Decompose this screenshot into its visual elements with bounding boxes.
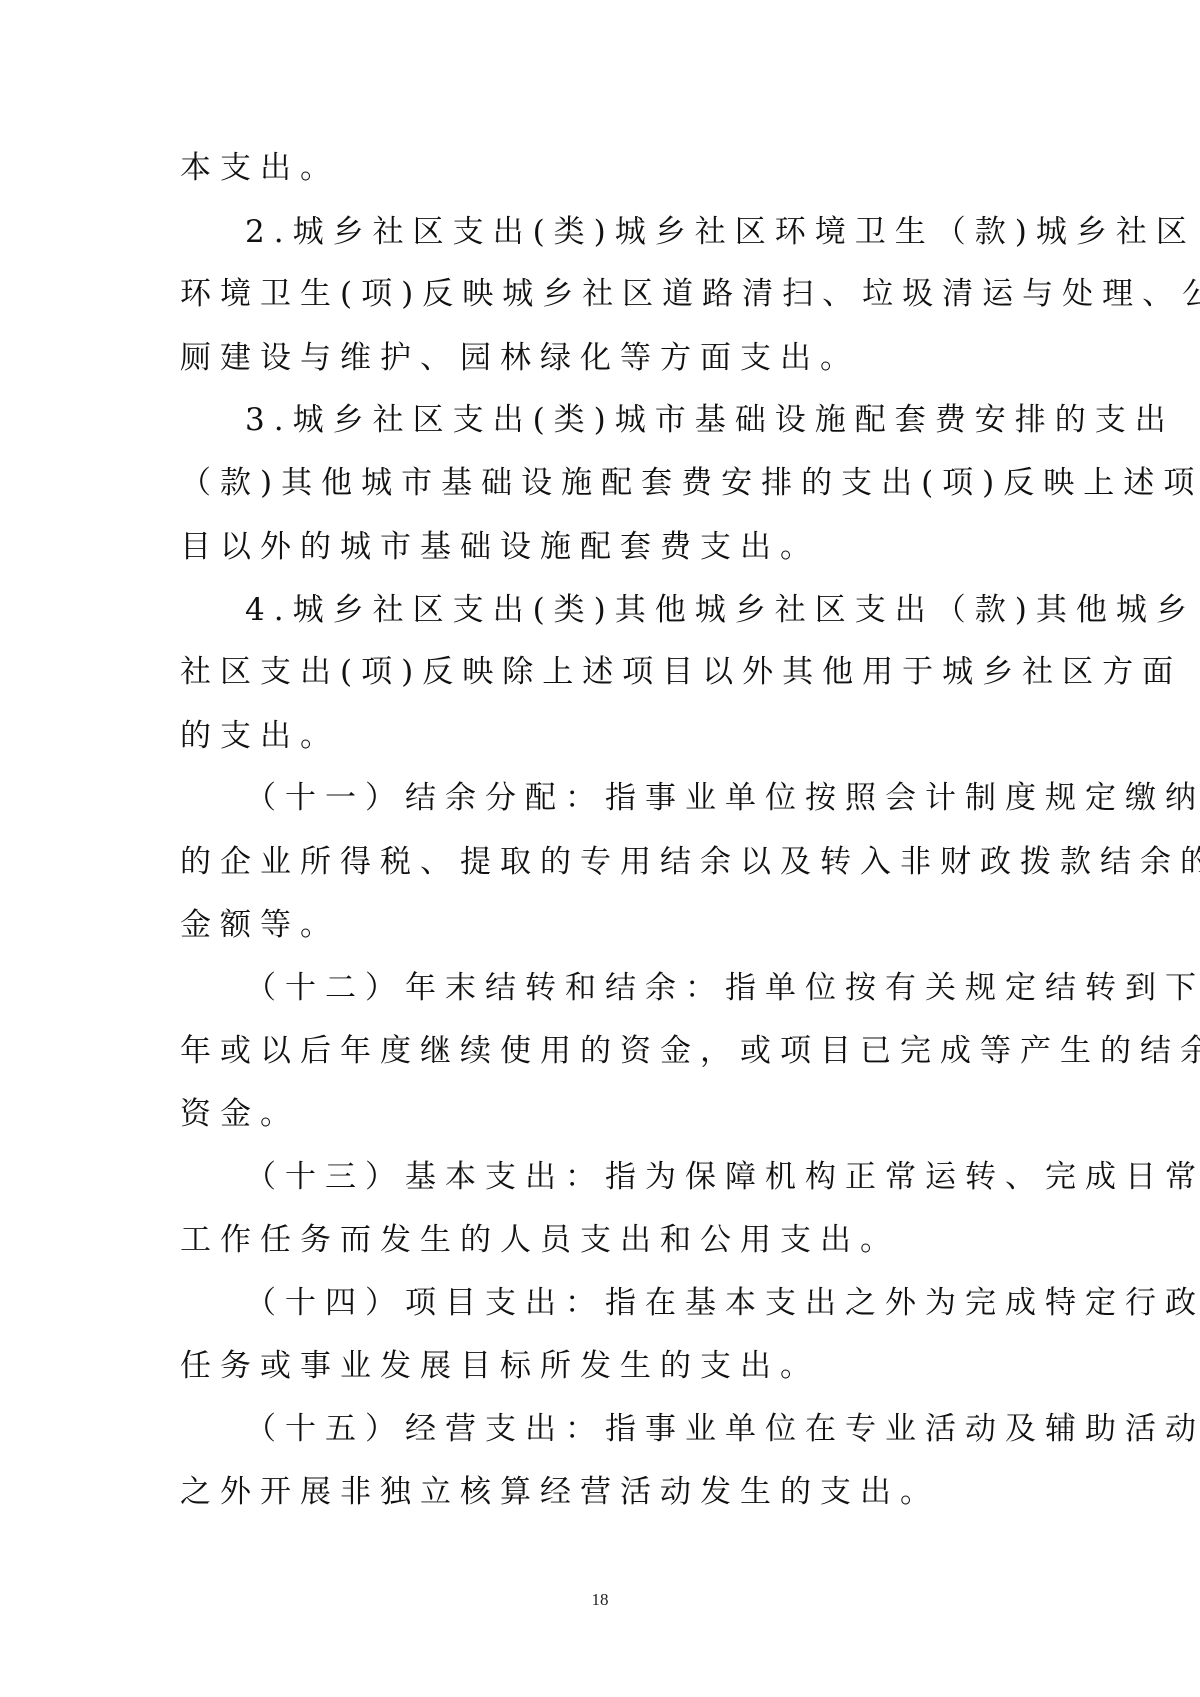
- text-line: 4.城乡社区支出(类)其他城乡社区支出（款)其他城乡: [245, 590, 1196, 630]
- text-line: 的支出。: [180, 716, 340, 756]
- text-line: 厕建设与维护、园林绿化等方面支出。: [180, 338, 860, 378]
- text-line: （十五）经营支出：指事业单位在专业活动及辅助活动: [245, 1409, 1200, 1449]
- text-line: 环境卫生(项)反映城乡社区道路清扫、垃圾清运与处理、公: [180, 274, 1200, 314]
- text-line: 目以外的城市基础设施配套费支出。: [180, 527, 820, 567]
- text-line: 社区支出(项)反映除上述项目以外其他用于城乡社区方面: [180, 652, 1182, 692]
- text-line: 资金。: [180, 1094, 300, 1134]
- text-line: 的企业所得税、提取的专用结余以及转入非财政拨款结余的: [180, 842, 1200, 882]
- text-line: 任务或事业发展目标所发生的支出。: [180, 1346, 820, 1386]
- page-number: 18: [0, 1590, 1200, 1610]
- text-line: 本支出。: [180, 148, 340, 188]
- text-line: （十三）基本支出：指为保障机构正常运转、完成日常: [245, 1157, 1200, 1197]
- text-line: 2.城乡社区支出(类)城乡社区环境卫生（款)城乡社区: [245, 212, 1196, 252]
- text-line: 年或以后年度继续使用的资金，或项目已完成等产生的结余: [180, 1031, 1200, 1071]
- text-line: （十四）项目支出：指在基本支出之外为完成特定行政: [245, 1283, 1200, 1323]
- text-line: 金额等。: [180, 905, 340, 945]
- text-line: （十一）结余分配：指事业单位按照会计制度规定缴纳: [245, 778, 1200, 818]
- text-line: 之外开展非独立核算经营活动发生的支出。: [180, 1472, 940, 1512]
- text-line: （十二）年末结转和结余：指单位按有关规定结转到下: [245, 968, 1200, 1008]
- text-line: 工作任务而发生的人员支出和公用支出。: [180, 1220, 900, 1260]
- text-line: （款)其他城市基础设施配套费安排的支出(项)反映上述项: [180, 463, 1200, 503]
- text-line: 3.城乡社区支出(类)城市基础设施配套费安排的支出: [245, 400, 1175, 440]
